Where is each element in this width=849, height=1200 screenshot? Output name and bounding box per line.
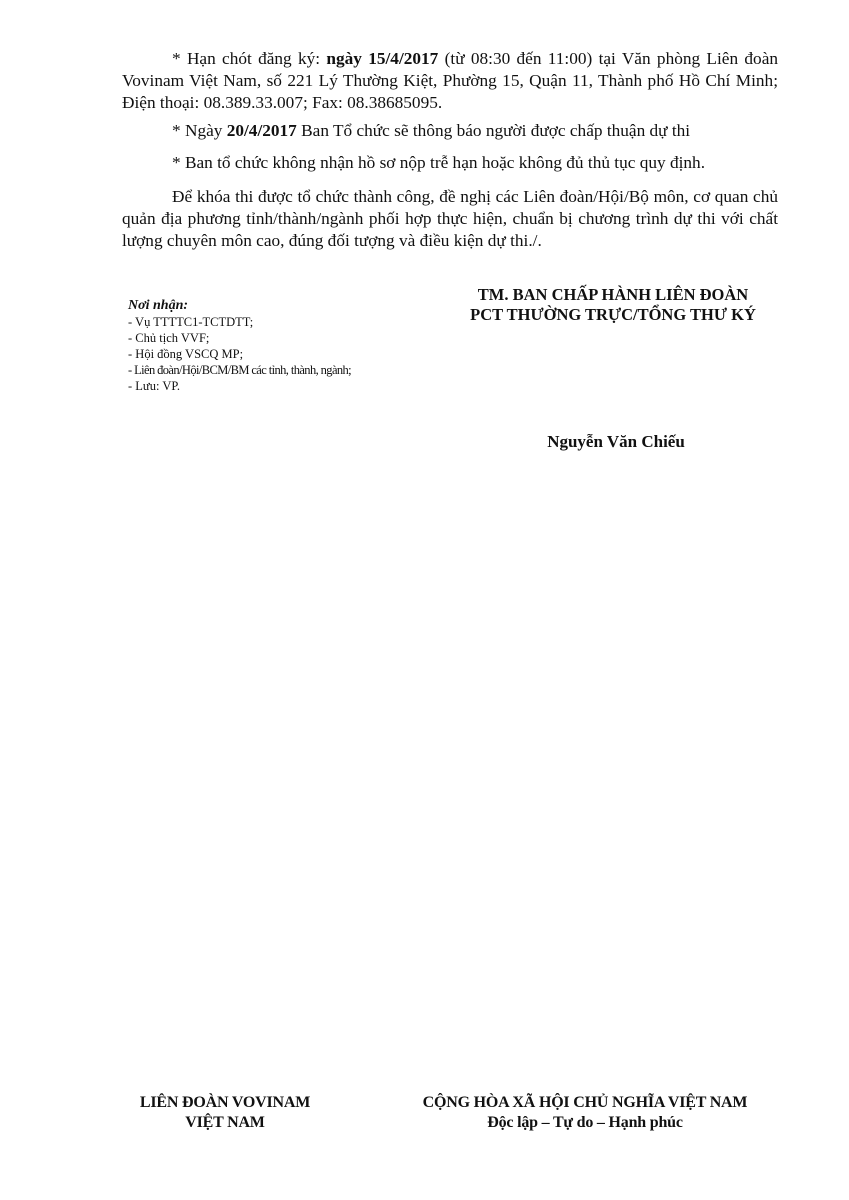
recipients-block: Nơi nhận: - Vụ TTTTC1-TCTDTT; - Chủ tịch… [128,298,351,394]
announcement-date: 20/4/2017 [227,121,297,140]
deadline-date: ngày 15/4/2017 [326,49,438,68]
footer-org-line2: VIỆT NAM [100,1113,350,1133]
announcement-paragraph: * Ngày 20/4/2017 Ban Tổ chức sẽ thông bá… [122,120,778,142]
deadline-prefix: * Hạn chót đăng ký: [172,49,326,68]
signer-name: Nguyễn Văn Chiếu [440,432,792,452]
recipient-item: - Lưu: VP. [128,378,351,394]
rejection-paragraph: * Ban tổ chức không nhận hồ sơ nộp trễ h… [122,152,778,174]
footer-nation-line2: Độc lập – Tự do – Hạnh phúc [375,1113,795,1133]
signature-title-line1: TM. BAN CHẤP HÀNH LIÊN ĐOÀN [440,285,786,305]
recipients-heading: Nơi nhận: [128,298,351,314]
recipient-item: - Vụ TTTTC1-TCTDTT; [128,314,351,330]
footer-national-motto: CỘNG HÒA XÃ HỘI CHỦ NGHĨA VIỆT NAM Độc l… [375,1093,795,1133]
recipient-item: - Hội đồng VSCQ MP; [128,346,351,362]
announcement-details: Ban Tổ chức sẽ thông báo người được chấp… [297,121,690,140]
footer-organization: LIÊN ĐOÀN VOVINAM VIỆT NAM [100,1093,350,1133]
footer-org-line1: LIÊN ĐOÀN VOVINAM [100,1093,350,1113]
registration-deadline-paragraph: * Hạn chót đăng ký: ngày 15/4/2017 (từ 0… [122,48,778,114]
recipient-item: - Chủ tịch VVF; [128,330,351,346]
announcement-prefix: * Ngày [172,121,227,140]
document-page: * Hạn chót đăng ký: ngày 15/4/2017 (từ 0… [0,0,849,1200]
recipient-item: - Liên đoàn/Hội/BCM/BM các tỉnh, thành, … [128,362,351,378]
closing-paragraph: Để khóa thi được tổ chức thành công, đề … [122,186,778,252]
signature-title-line2: PCT THƯỜNG TRỰC/TỔNG THƯ KÝ [440,305,786,325]
footer-nation-line1: CỘNG HÒA XÃ HỘI CHỦ NGHĨA VIỆT NAM [375,1093,795,1113]
